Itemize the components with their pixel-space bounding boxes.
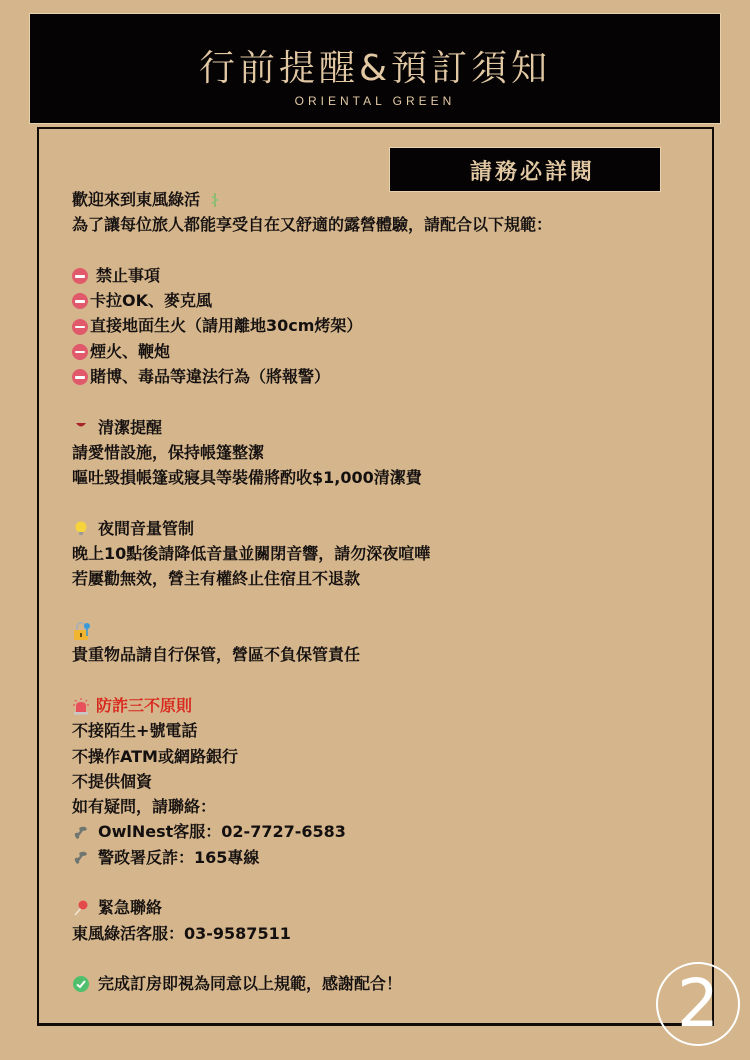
telephone-icon xyxy=(72,848,90,866)
quiet-hours-title: 夜間音量管制 xyxy=(98,516,194,541)
lightbulb-icon xyxy=(72,520,90,538)
contact-owlnest: OwlNest客服：02-7727-6583 xyxy=(72,819,692,844)
prohibited-item: 直接地面生火（請用離地30cm烤架） xyxy=(72,313,692,338)
prohibited-title: 禁止事項 xyxy=(96,263,160,288)
brand-subtitle: ORIENTAL GREEN xyxy=(30,94,720,108)
anti-fraud-title: 防詐三不原則 xyxy=(96,693,192,718)
page-number: 2 xyxy=(656,962,740,1046)
herb-icon xyxy=(206,191,224,209)
no-entry-icon xyxy=(72,344,88,360)
must-read-badge: 請務必詳閱 xyxy=(389,147,661,192)
quiet-hours-line: 晚上10點後請降低音量並關閉音響，請勿深夜喧嘩 xyxy=(72,541,692,566)
page-header: 行前提醒&預訂須知 ORIENTAL GREEN xyxy=(29,13,721,124)
quiet-hours-heading: 夜間音量管制 xyxy=(72,516,692,541)
no-entry-icon xyxy=(72,268,88,284)
emergency-heading: 緊急聯絡 xyxy=(72,895,692,920)
anti-fraud-line: 如有疑問，請聯絡： xyxy=(72,794,692,819)
anti-fraud-line: 不提供個資 xyxy=(72,769,692,794)
welcome-line: 歡迎來到東風綠活 xyxy=(72,187,692,212)
pushpin-icon xyxy=(72,899,90,917)
welcome-text: 歡迎來到東風綠活 xyxy=(72,187,200,212)
must-read-label: 請務必詳閱 xyxy=(470,155,595,186)
cleaning-title: 清潔提醒 xyxy=(98,415,162,440)
prohibited-item: 賭博、毒品等違法行為（將報警） xyxy=(72,364,692,389)
closing-line: 完成訂房即視為同意以上規範，感謝配合！ xyxy=(72,971,692,996)
cleaning-heading: 清潔提醒 xyxy=(72,415,692,440)
prohibited-item: 煙火、鞭炮 xyxy=(72,339,692,364)
emergency-line: 東風綠活客服：03-9587511 xyxy=(72,921,692,946)
lead-line: 為了讓每位旅人都能享受自在又舒適的露營體驗，請配合以下規範： xyxy=(72,212,692,237)
quiet-hours-line: 若屢勸無效，營主有權終止住宿且不退款 xyxy=(72,566,692,591)
page-title: 行前提醒&預訂須知 xyxy=(30,40,720,91)
prohibited-item: 卡拉OK、麥克風 xyxy=(72,288,692,313)
check-mark-icon xyxy=(72,975,90,993)
cleaning-line: 請愛惜設施，保持帳篷整潔 xyxy=(72,440,692,465)
valuables-heading xyxy=(72,617,692,642)
notice-content: 歡迎來到東風綠活 為了讓每位旅人都能享受自在又舒適的露營體驗，請配合以下規範： … xyxy=(72,187,692,997)
valuables-line: 貴重物品請自行保管，營區不負保管責任 xyxy=(72,642,692,667)
telephone-icon xyxy=(72,823,90,841)
anti-fraud-line: 不操作ATM或網路銀行 xyxy=(72,744,692,769)
no-entry-icon xyxy=(72,293,88,309)
no-entry-icon xyxy=(72,369,88,385)
prohibited-heading: 禁止事項 xyxy=(72,263,692,288)
police-light-icon xyxy=(72,697,90,715)
closing-text: 完成訂房即視為同意以上規範，感謝配合！ xyxy=(98,971,402,996)
anti-fraud-heading: 防詐三不原則 xyxy=(72,693,692,718)
anti-fraud-line: 不接陌生+號電話 xyxy=(72,718,692,743)
contact-165: 警政署反詐：165專線 xyxy=(72,845,692,870)
cleaning-line: 嘔吐毀損帳篷或寢具等裝備將酌收$1,000清潔費 xyxy=(72,465,692,490)
lock-with-key-icon xyxy=(72,621,90,639)
no-entry-icon xyxy=(72,319,88,335)
wine-glass-icon xyxy=(72,418,90,436)
emergency-title: 緊急聯絡 xyxy=(98,895,162,920)
